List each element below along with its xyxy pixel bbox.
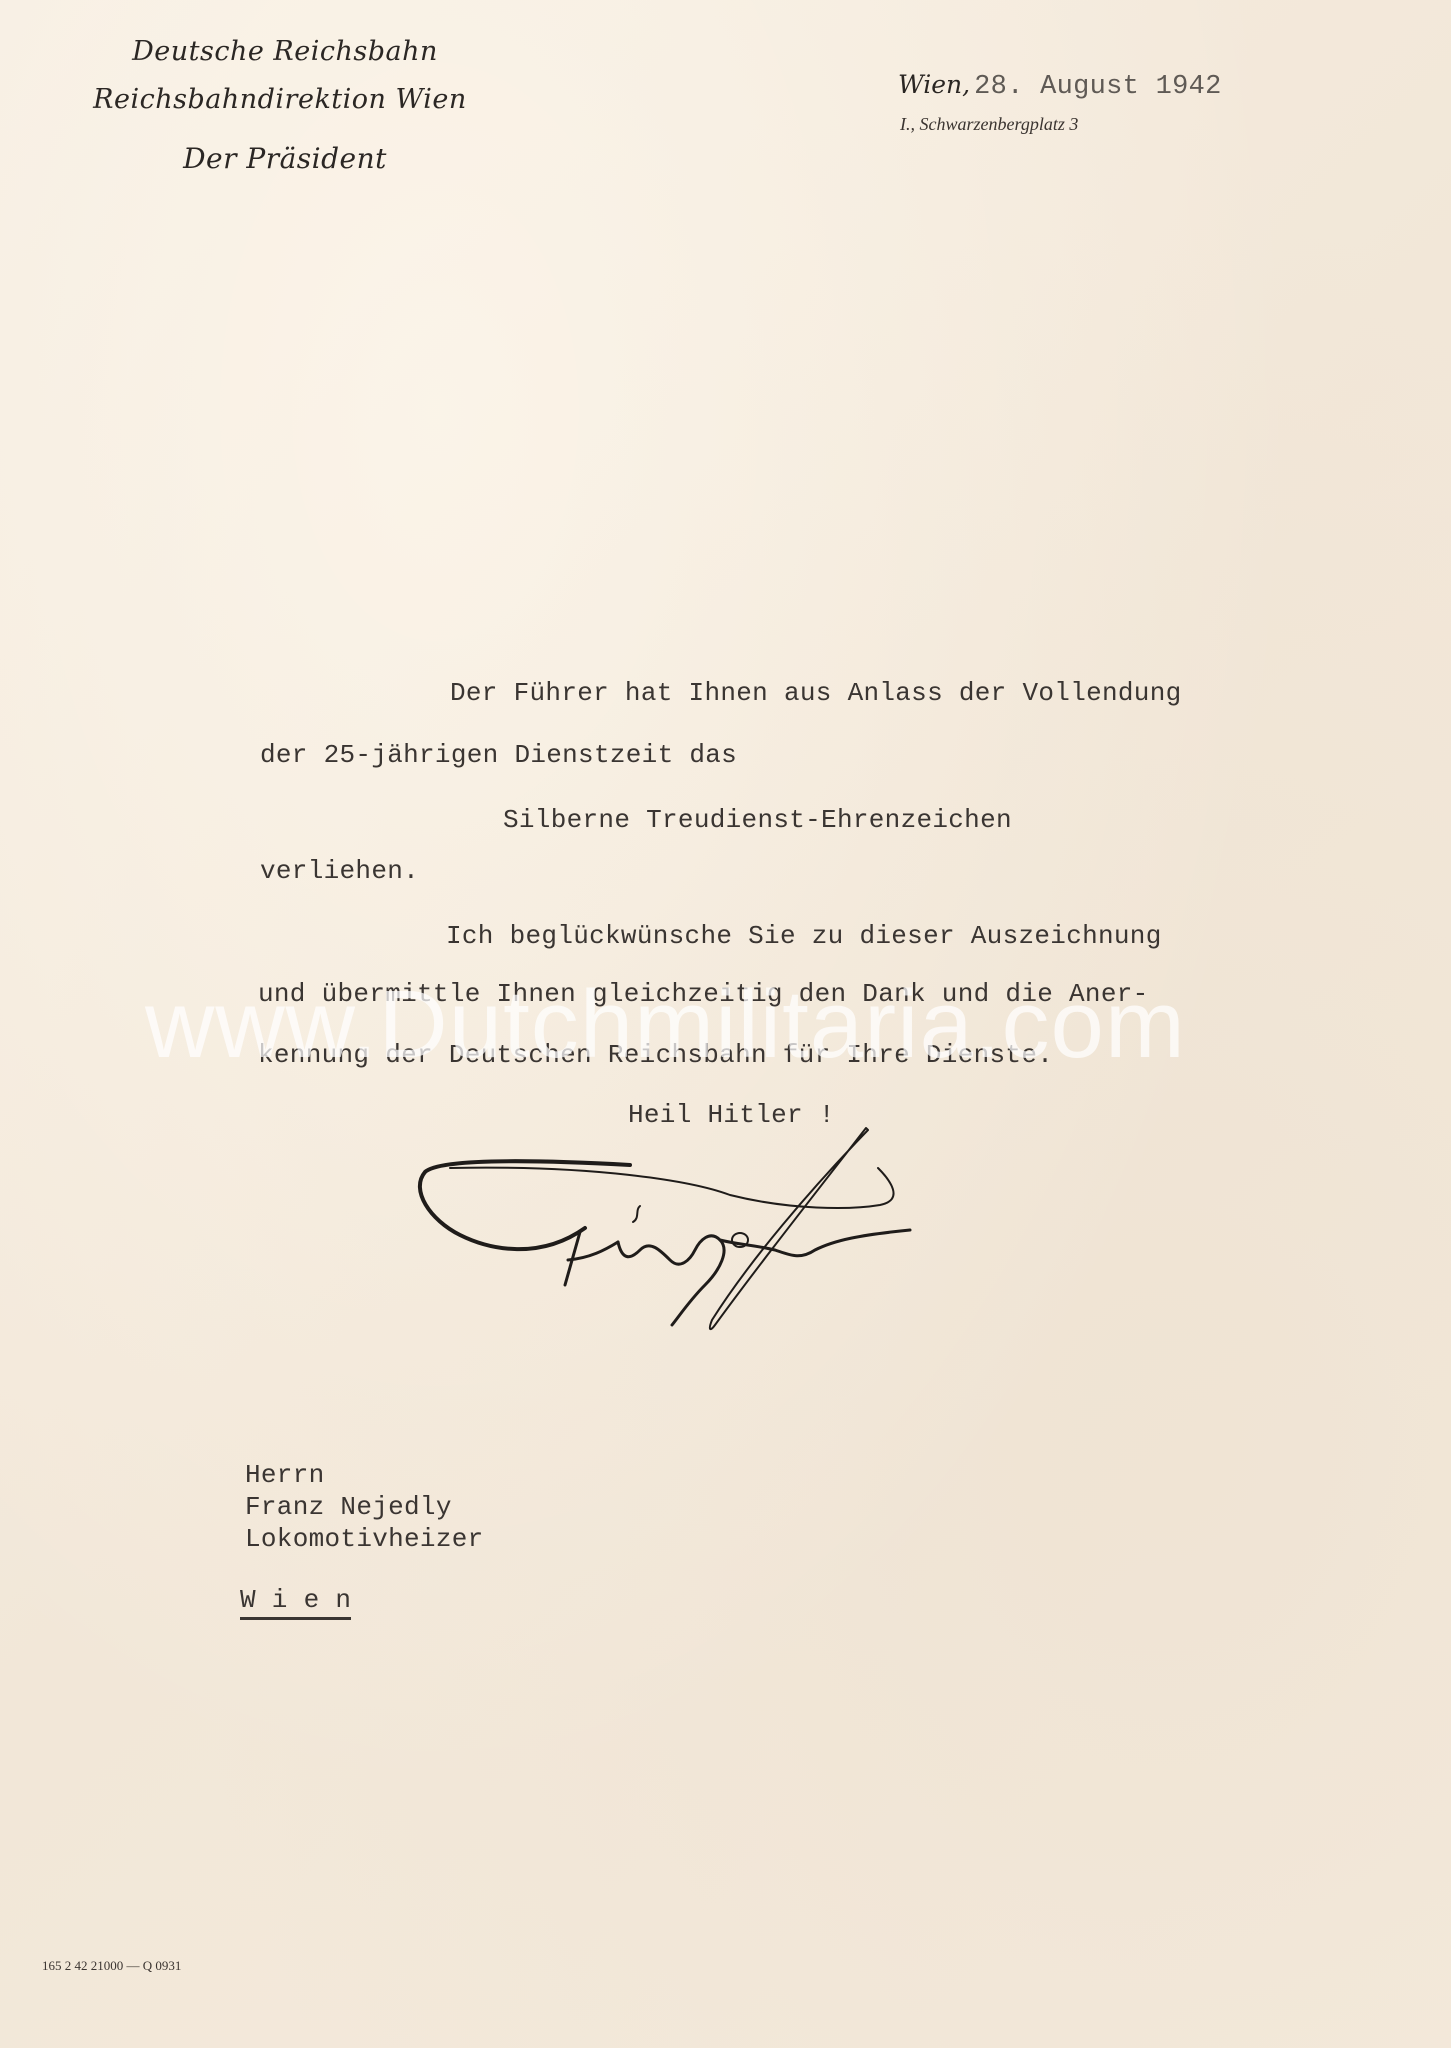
recipient-title: Lokomotivheizer — [245, 1524, 484, 1554]
body-p2-line1: Ich beglückwünsche Sie zu dieser Auszeic… — [446, 921, 1162, 951]
signature-icon — [390, 1110, 1040, 1350]
recipient-name: Franz Nejedly — [245, 1492, 452, 1522]
sender-address: I., Schwarzenbergplatz 3 — [900, 114, 1078, 135]
letterhead-office: Der Präsident — [140, 142, 430, 175]
form-code: 165 2 42 21000 — Q 0931 — [42, 1958, 181, 1974]
dateline-place: Wien, — [898, 70, 970, 99]
award-name: Silberne Treudienst-Ehrenzeichen — [503, 805, 1012, 835]
letterhead-directorate: Reichsbahndirektion Wien — [80, 84, 480, 115]
body-p1-line1: Der Führer hat Ihnen aus Anlass der Voll… — [450, 678, 1182, 708]
recipient-salutation: Herrn — [245, 1460, 325, 1490]
body-p1-line3: verliehen. — [260, 856, 419, 886]
recipient-city: W i e n — [240, 1585, 351, 1620]
letterhead-organization: Deutsche Reichsbahn — [110, 36, 460, 67]
dateline-date: 28. August 1942 — [974, 72, 1222, 102]
dateline: Wien, 28. August 1942 — [898, 70, 1222, 102]
watermark: www.Dutchmilitaria.com — [145, 970, 1186, 1080]
body-p1-line2: der 25-jährigen Dienstzeit das — [260, 740, 737, 770]
